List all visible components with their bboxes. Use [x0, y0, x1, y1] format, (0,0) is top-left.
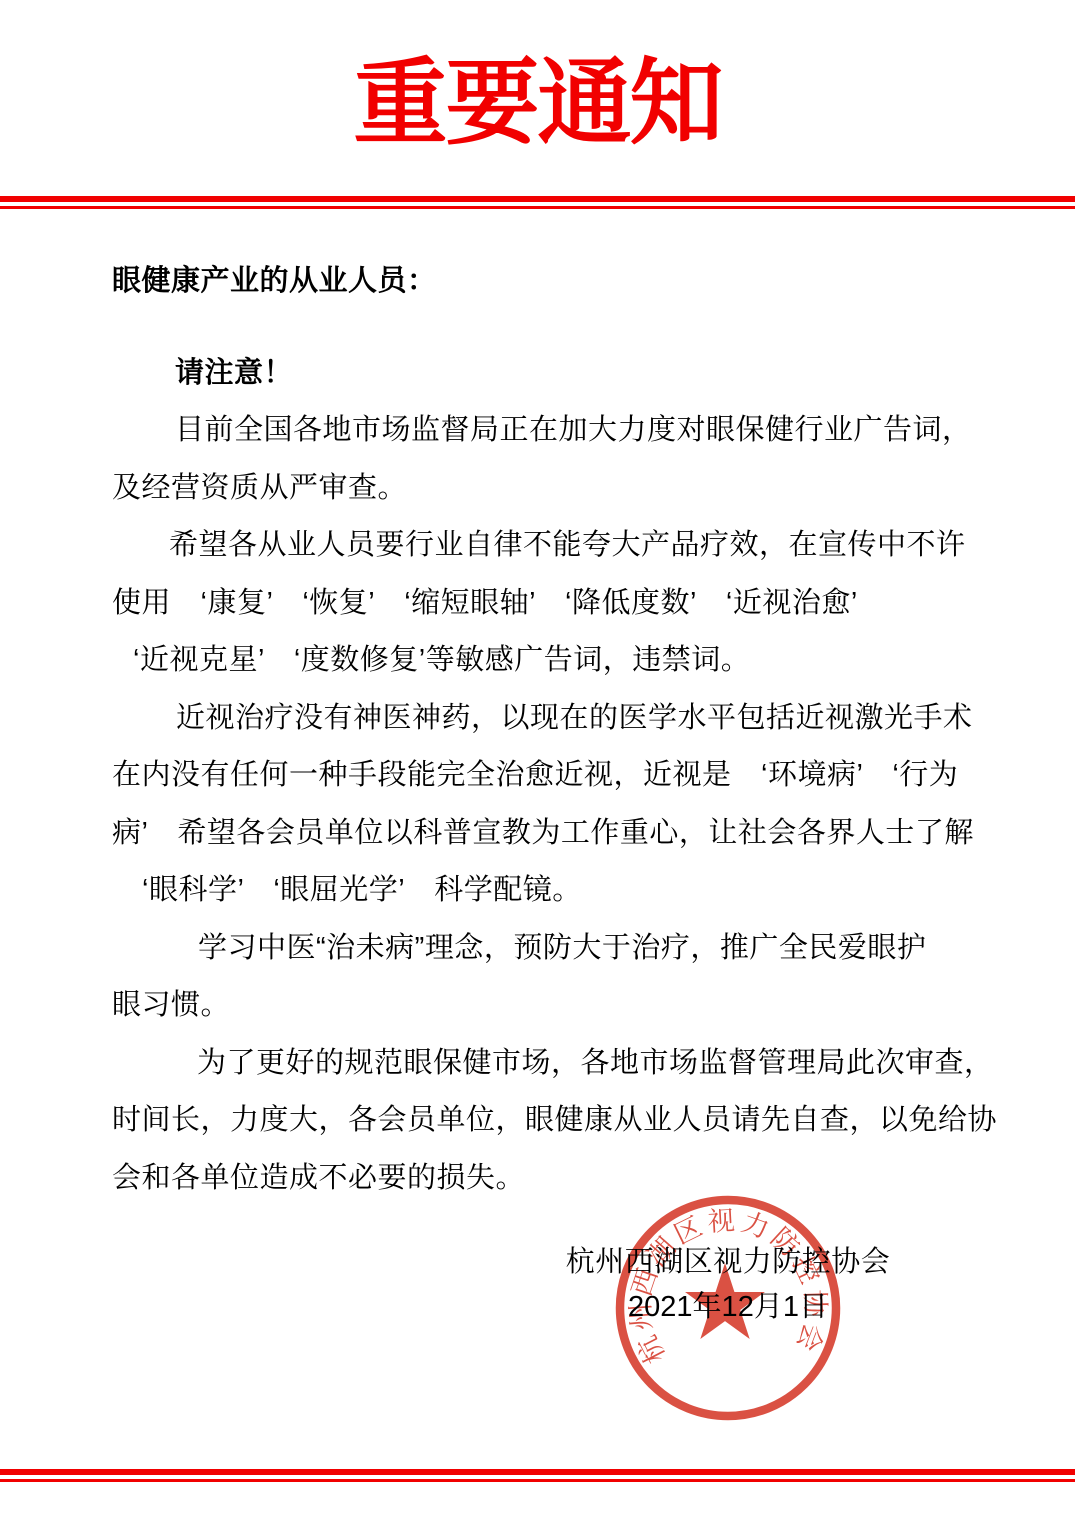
body-line: 眼健康产业的从业人员：	[112, 253, 972, 311]
body-line: 在内没有任何一种手段能完全治愈近视，近视是 ‘环境病’ ‘行为	[112, 747, 972, 805]
body-line: 请注意！	[112, 345, 972, 403]
body-lines: 眼健康产业的从业人员：请注意！目前全国各地市场监督局正在加大力度对眼保健行业广告…	[112, 253, 972, 1207]
body-line: 为了更好的规范眼保健市场，各地市场监督管理局此次审查，	[112, 1035, 972, 1093]
body-line: 目前全国各地市场监督局正在加大力度对眼保健行业广告词，	[112, 402, 972, 460]
body-line: 近视治疗没有神医神药，以现在的医学水平包括近视激光手术	[112, 690, 972, 748]
body-line: 使用 ‘康复’ ‘恢复’ ‘缩短眼轴’ ‘降低度数’ ‘近视治愈’	[112, 575, 972, 633]
body-line: 希望各从业人员要行业自律不能夸大产品疗效，在宣传中不许	[112, 517, 972, 575]
page-title: 重要通知	[0, 38, 1075, 168]
body-line: 眼习惯。	[112, 977, 972, 1035]
body-line: ‘眼科学’ ‘眼屈光学’ 科学配镜。	[112, 862, 972, 920]
top-divider-thick	[0, 196, 1075, 202]
body-line: 及经营资质从严审查。	[112, 460, 972, 518]
signature-org: 杭州西湖区视力防控协会	[428, 1240, 1028, 1285]
bottom-divider-thick	[0, 1469, 1075, 1475]
body-line: 病’ 希望各会员单位以科普宣教为工作重心，让社会各界人士了解	[112, 805, 972, 863]
top-divider-thin	[0, 206, 1075, 209]
body-line: 会和各单位造成不必要的损失。	[112, 1150, 972, 1208]
body-line: 时间长，力度大，各会员单位，眼健康从业人员请先自查，以免给协	[112, 1092, 972, 1150]
notice-page: 重要通知 眼健康产业的从业人员：请注意！目前全国各地市场监督局正在加大力度对眼保…	[0, 0, 1075, 1520]
body-line: ‘近视克星’ ‘度数修复’等敏感广告词，违禁词。	[112, 632, 972, 690]
signature-date: 2021年12月1日	[428, 1285, 1028, 1330]
body-line: 学习中医“治未病”理念，预防大于治疗，推广全民爱眼护	[112, 920, 972, 978]
bottom-divider-thin	[0, 1479, 1075, 1482]
signature-block: 杭州西湖区视力防控协会 2021年12月1日	[428, 1240, 1028, 1330]
